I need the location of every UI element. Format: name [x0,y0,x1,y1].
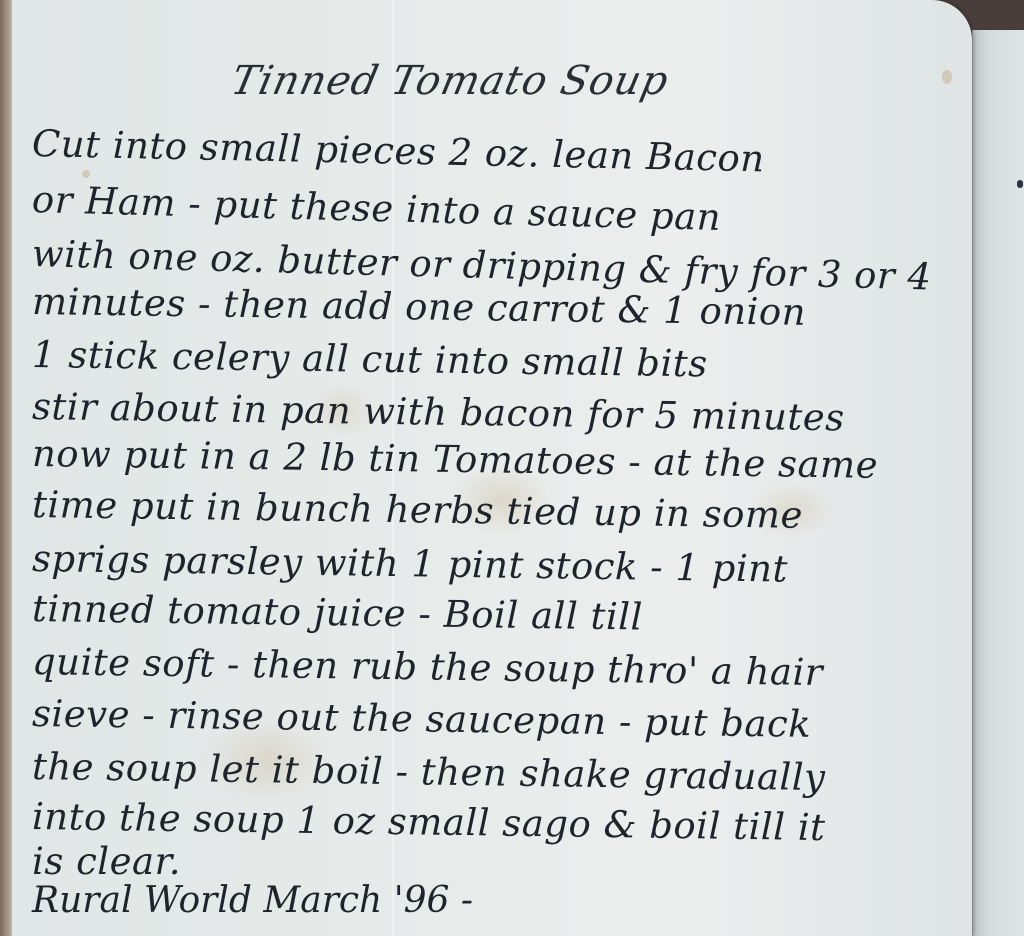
recipe-page: Tinned Tomato Soup Cut into small pieces… [12,0,972,936]
source-attribution: Rural World March '96 - [32,880,473,921]
recipe-line: 1 stick celery all cut into small bits [32,333,708,385]
recipe-line: quite soft - then rub the soup thro' a h… [32,640,824,694]
recipe-line: sprigs parsley with 1 pint stock - 1 pin… [32,537,789,591]
recipe-line: tinned tomato juice - Boil all till [32,587,643,639]
recipe-line: stir about in pan with bacon for 5 minut… [32,385,845,439]
recipe-line: Cut into small pieces 2 oz. lean Bacon [32,122,765,180]
paper-stain [82,170,90,178]
recipe-line: or Ham - put these into a sauce pan [31,178,721,239]
paper-stain [942,70,952,84]
recipe-line: the soup let it boil - then shake gradua… [32,745,826,799]
recipe-line: now put in a 2 lb tin Tomatoes - at the … [32,432,879,487]
recipe-line: time put in bunch herbs tied up in some [32,483,804,537]
ink-mark [1017,180,1023,188]
recipe-line: is clear. [32,840,181,883]
underlying-page [972,30,1024,936]
recipe-title: Tinned Tomato Soup [227,58,673,104]
recipe-line: sieve - rinse out the saucepan - put bac… [32,692,812,746]
